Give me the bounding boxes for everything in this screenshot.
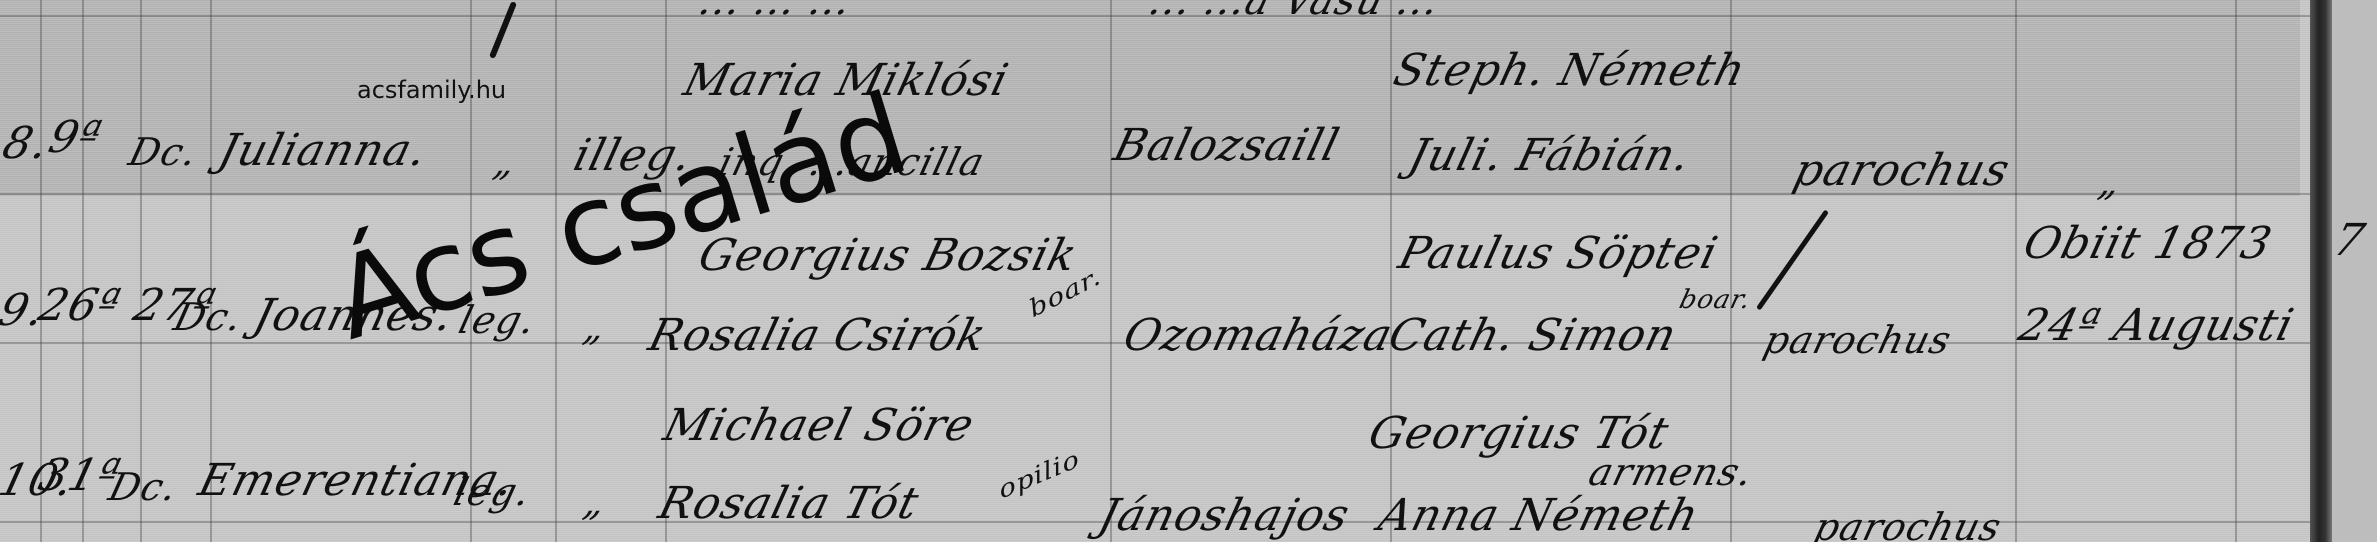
- entry-priest: Dc.: [125, 130, 203, 174]
- death-remark-line1: Obiit 1873: [2019, 218, 2278, 269]
- parents-line1: Michael Söre: [659, 400, 980, 451]
- godparents-role: parochus: [1810, 505, 2007, 542]
- pen-stroke: [1756, 209, 1829, 310]
- parents-status: opilio: [997, 445, 1083, 506]
- godparents-line1: Paulus Söptei: [1394, 228, 1723, 279]
- residence: Jánoshajos: [1094, 490, 1355, 541]
- cut-text: ... ...a Vasu ...: [1144, 0, 1444, 24]
- godparents-status: parochus: [1789, 145, 2016, 196]
- legitimacy: leg.: [450, 470, 536, 514]
- entry-priest: Dc.: [105, 465, 183, 509]
- register-page: ... ... ... ... ...a Vasu ... 8. 9ª Dc. …: [0, 0, 2377, 542]
- page-margin: [2332, 0, 2377, 542]
- column-line: [2235, 0, 2237, 542]
- godparents-line2: Juli. Fábián.: [1404, 130, 1696, 181]
- column-line: [1110, 0, 1112, 542]
- godparents-line2: Anna Németh: [1374, 490, 1705, 541]
- watermark-site: acsfamily.hu: [357, 76, 506, 104]
- godparents-status: armens.: [1585, 450, 1758, 494]
- parents-line2: Rosalia Tót: [654, 478, 925, 529]
- column-line: [2015, 0, 2017, 542]
- column-line: [140, 0, 142, 542]
- cut-text: ... ... ...: [694, 0, 856, 24]
- residence: Ozomaháza: [1119, 310, 1398, 361]
- residence: Balozsaill: [1109, 120, 1345, 171]
- godparents-line2: Cath. Simon: [1384, 310, 1682, 361]
- ditto-mark: „: [580, 480, 612, 524]
- death-remark-line2: 24ª Augusti: [2014, 300, 2300, 351]
- child-name: Julianna.: [214, 125, 433, 176]
- godparents-status: parochus: [1760, 318, 1957, 362]
- page-binding-edge: [2310, 0, 2332, 542]
- entry-priest: Dc.: [170, 295, 248, 339]
- parents-line2: Rosalia Csirók: [644, 310, 992, 361]
- godparents-religion: boar.: [1676, 285, 1754, 315]
- godparents-line1: Steph. Németh: [1389, 45, 1751, 96]
